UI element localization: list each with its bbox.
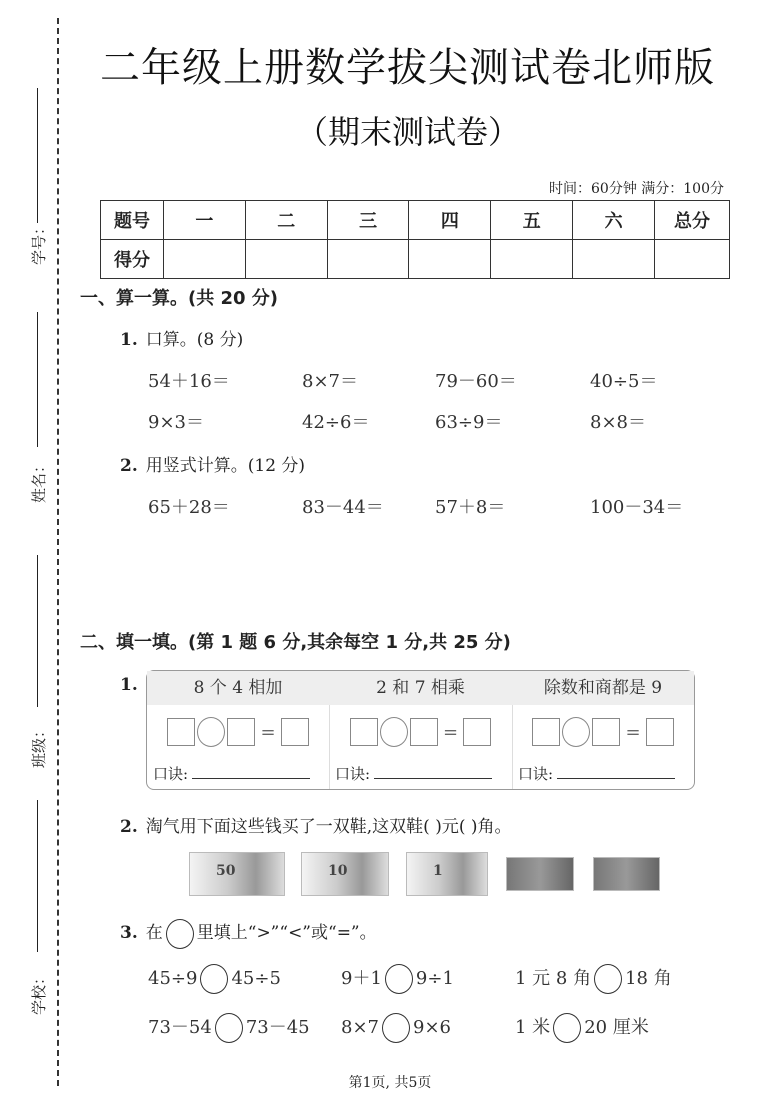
- question-2-3: 3.在里填上“>”“<”或“=”。: [120, 918, 377, 949]
- score-cell[interactable]: [573, 240, 655, 279]
- oral-calc-item[interactable]: 8×8＝: [590, 408, 646, 434]
- answer-box[interactable]: [463, 718, 491, 746]
- section-2-title: 二、填一填。(第 1 题 6 分,其余每空 1 分,共 25 分): [80, 628, 511, 654]
- student-id-blank[interactable]: [37, 88, 38, 223]
- equals-sign: =: [257, 722, 278, 743]
- fill-heading: 8 个 4 相加: [147, 671, 329, 705]
- question-number: 3.: [120, 923, 138, 943]
- name-label: 姓名：: [28, 458, 49, 503]
- question-number: 1.: [120, 675, 138, 695]
- compare-item: 1 元 8 角18 角: [515, 964, 672, 994]
- fill-column-2: 2 和 7 相乘 = 口诀:: [329, 671, 513, 789]
- koujue-field[interactable]: 口诀:: [153, 763, 310, 784]
- question-number: 2.: [120, 817, 138, 837]
- compare-right: 73－45: [246, 1017, 310, 1038]
- circle-icon: [166, 919, 194, 949]
- compare-right: 18 角: [625, 968, 672, 989]
- question-number: 1.: [120, 330, 138, 350]
- banknote-value: 50: [216, 863, 235, 879]
- question-text: 里填上“>”“<”或“=”。: [197, 923, 377, 943]
- compare-item: 8×79×6: [341, 1013, 451, 1043]
- school-label: 学校：: [28, 970, 49, 1015]
- score-cell[interactable]: [655, 240, 730, 279]
- compare-right: 20 厘米: [584, 1017, 649, 1038]
- class-label: 班级：: [28, 723, 49, 768]
- compare-left: 9＋1: [341, 968, 382, 989]
- score-cell[interactable]: [164, 240, 246, 279]
- fill-heading: 除数和商都是 9: [512, 671, 694, 705]
- name-blank[interactable]: [37, 312, 38, 447]
- compare-right: 9÷1: [416, 968, 454, 989]
- question-text: 用竖式计算。(12 分): [146, 456, 305, 476]
- compare-circle[interactable]: [553, 1013, 581, 1043]
- question-text: 淘气用下面这些钱买了一双鞋,这双鞋( )元( )角。: [146, 817, 512, 837]
- header-cell: 五: [491, 201, 573, 240]
- compare-item: 9＋19÷1: [341, 964, 454, 994]
- banknote-50-image: 50: [189, 852, 285, 896]
- compare-right: 45÷5: [231, 968, 280, 989]
- question-2-1-number: 1.: [120, 675, 146, 695]
- compare-circle[interactable]: [385, 964, 413, 994]
- koujue-blank[interactable]: [557, 778, 675, 779]
- koujue-blank[interactable]: [192, 778, 310, 779]
- compare-left: 73－54: [148, 1017, 212, 1038]
- answer-box[interactable]: [350, 718, 378, 746]
- answer-box[interactable]: [227, 718, 255, 746]
- compare-left: 1 米: [515, 1017, 550, 1038]
- compare-left: 8×7: [341, 1017, 379, 1038]
- question-text: 在: [146, 923, 163, 943]
- compare-circle[interactable]: [382, 1013, 410, 1043]
- equals-sign: =: [622, 722, 643, 743]
- koujue-label: 口诀:: [153, 765, 188, 783]
- banknote-value: 10: [328, 863, 347, 879]
- header-cell: 六: [573, 201, 655, 240]
- question-number: 2.: [120, 456, 138, 476]
- compare-item: 73－5473－45: [148, 1013, 310, 1043]
- school-blank[interactable]: [37, 800, 38, 952]
- compare-circle[interactable]: [594, 964, 622, 994]
- koujue-blank[interactable]: [374, 778, 492, 779]
- score-table-header-row: 题号 一 二 三 四 五 六 总分: [101, 201, 730, 240]
- question-1-2: 2.用竖式计算。(12 分): [120, 451, 305, 476]
- answer-box[interactable]: [532, 718, 560, 746]
- fill-column-1: 8 个 4 相加 = 口诀:: [147, 671, 330, 789]
- vertical-calc-item[interactable]: 57＋8＝: [435, 493, 505, 519]
- header-cell: 一: [164, 201, 246, 240]
- header-cell: 三: [327, 201, 409, 240]
- oral-calc-item[interactable]: 9×3＝: [148, 408, 204, 434]
- answer-box[interactable]: [646, 718, 674, 746]
- page-subtitle: （期末测试卷）: [296, 107, 520, 153]
- compare-right: 9×6: [413, 1017, 451, 1038]
- answer-box[interactable]: [281, 718, 309, 746]
- exam-meta: 时间：60分钟 满分：100分: [549, 178, 724, 198]
- answer-box[interactable]: [167, 718, 195, 746]
- question-text: 口算。(8 分): [146, 330, 243, 350]
- oral-calc-item[interactable]: 42÷6＝: [302, 408, 369, 434]
- banknote-jiao-image: [506, 857, 574, 891]
- oral-calc-item[interactable]: 63÷9＝: [435, 408, 502, 434]
- equation-shapes: =: [147, 717, 329, 747]
- binding-dashed-line: [57, 18, 59, 1086]
- header-cell: 二: [245, 201, 327, 240]
- fill-heading: 2 和 7 相乘: [329, 671, 512, 705]
- page-title: 二年级上册数学拔尖测试卷北师版: [100, 36, 740, 93]
- operator-circle[interactable]: [197, 717, 225, 747]
- operator-circle[interactable]: [562, 717, 590, 747]
- compare-left: 45÷9: [148, 968, 197, 989]
- koujue-label: 口诀:: [335, 765, 370, 783]
- answer-box[interactable]: [592, 718, 620, 746]
- fill-column-3: 除数和商都是 9 = 口诀:: [512, 671, 694, 789]
- compare-circle[interactable]: [200, 964, 228, 994]
- oral-calc-item[interactable]: 54＋16＝: [148, 367, 230, 393]
- equation-shapes: =: [512, 717, 694, 747]
- oral-calc-item[interactable]: 79－60＝: [435, 367, 517, 393]
- header-cell: 题号: [101, 201, 164, 240]
- vertical-calc-item[interactable]: 83－44＝: [302, 493, 384, 519]
- banknote-jiao-image: [593, 857, 660, 891]
- equals-sign: =: [440, 722, 461, 743]
- koujue-field[interactable]: 口诀:: [335, 763, 492, 784]
- answer-box[interactable]: [410, 718, 438, 746]
- score-row-label: 得分: [101, 240, 164, 279]
- score-cell[interactable]: [245, 240, 327, 279]
- compare-left: 1 元 8 角: [515, 968, 591, 989]
- page-number: 第1页, 共5页: [0, 1072, 780, 1092]
- operator-circle[interactable]: [380, 717, 408, 747]
- vertical-calc-item[interactable]: 65＋28＝: [148, 493, 230, 519]
- vertical-calc-item[interactable]: 100－34＝: [590, 493, 683, 519]
- banknote-value: 1: [433, 863, 443, 879]
- koujue-label: 口诀:: [518, 765, 553, 783]
- banknote-1-image: 1: [406, 852, 488, 896]
- banknote-10-image: 10: [301, 852, 389, 896]
- compare-item: 45÷945÷5: [148, 964, 281, 994]
- fill-in-panel: 8 个 4 相加 = 口诀: 2 和 7 相乘 = 口诀: 除数和商都是 9 =: [146, 670, 695, 790]
- score-cell[interactable]: [409, 240, 491, 279]
- compare-item: 1 米20 厘米: [515, 1013, 649, 1043]
- koujue-field[interactable]: 口诀:: [518, 763, 675, 784]
- score-table: 题号 一 二 三 四 五 六 总分 得分: [100, 200, 730, 279]
- equation-shapes: =: [329, 717, 512, 747]
- section-1-title: 一、算一算。(共 20 分): [80, 284, 278, 310]
- score-cell[interactable]: [491, 240, 573, 279]
- oral-calc-item[interactable]: 40÷5＝: [590, 367, 657, 393]
- question-1-1: 1.口算。(8 分): [120, 325, 243, 350]
- header-cell: 四: [409, 201, 491, 240]
- score-cell[interactable]: [327, 240, 409, 279]
- class-blank[interactable]: [37, 555, 38, 707]
- oral-calc-item[interactable]: 8×7＝: [302, 367, 358, 393]
- question-2-2: 2.淘气用下面这些钱买了一双鞋,这双鞋( )元( )角。: [120, 812, 512, 837]
- score-table-score-row: 得分: [101, 240, 730, 279]
- student-id-label: 学号：: [28, 220, 49, 265]
- header-cell: 总分: [655, 201, 730, 240]
- compare-circle[interactable]: [215, 1013, 243, 1043]
